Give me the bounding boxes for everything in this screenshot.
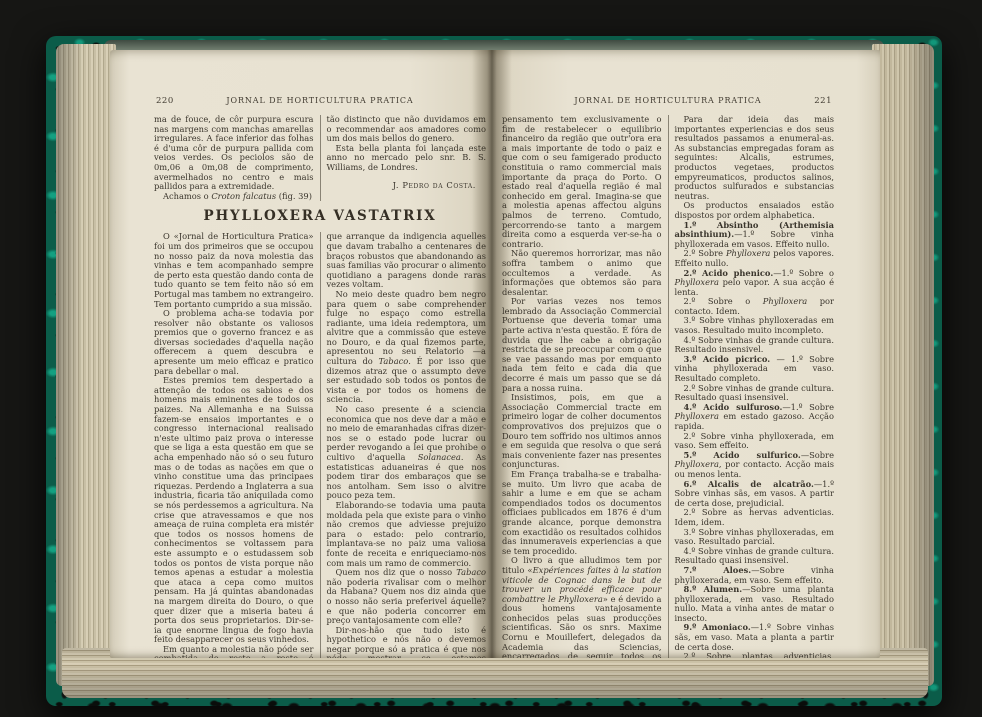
right-page-number: 221 xyxy=(814,96,832,106)
paragraph: Estes premios tem despertado a attenção … xyxy=(154,376,314,645)
right-column-1: pensamento tem exclusivamente o fim de r… xyxy=(502,115,668,658)
left-page-article-section: O «Jornal de Horticultura Pratica» foi u… xyxy=(154,232,486,658)
paragraph: Insistimos, pois, em que a Associação Co… xyxy=(502,393,662,470)
paragraph: 2.º Sobre Phylloxera pelos vapores. Effe… xyxy=(675,249,835,268)
page-stack-left-edge xyxy=(56,44,116,686)
page-right-221: JORNAL DE HORTICULTURA PRATICA 221 pensa… xyxy=(492,50,880,658)
right-column-2: Para dar ideia das mais importantes expe… xyxy=(668,115,835,658)
left-article-column-2: que arranque da indigencia aquelles que … xyxy=(320,232,487,658)
paragraph: 6.º Alcalis de alcatrão.—1.º Sobre vinha… xyxy=(675,480,835,509)
paragraph: O livro a que alludimos tem por titulo «… xyxy=(502,556,662,658)
paragraph: 2.º Sobre plantas adventicias, Idem. xyxy=(675,652,835,658)
journal-title-left: JORNAL DE HORTICULTURA PRATICA xyxy=(226,96,413,105)
paragraph: O «Jornal de Horticultura Pratica» foi u… xyxy=(154,232,314,309)
left-article-column-1: O «Jornal de Horticultura Pratica» foi u… xyxy=(154,232,320,658)
paragraph: 2.º Sobre as hervas adventicias. Idem, i… xyxy=(675,508,835,527)
page-left-220: 220 JORNAL DE HORTICULTURA PRATICA ma de… xyxy=(110,50,492,658)
paragraph: ma de fouce, de côr purpura escura nas m… xyxy=(154,115,314,192)
paragraph: Achamos o Croton falcatus (fig. 39) xyxy=(154,192,314,202)
right-page-section: pensamento tem exclusivamente o fim de r… xyxy=(502,115,834,658)
paragraph: 7.º Aloes.—Sobre vinha phylloxerada, em … xyxy=(675,566,835,585)
paragraph: Elaborando-se todavia uma pauta moldada … xyxy=(327,501,487,568)
paragraph: Em quanto a molestia não póde ser combat… xyxy=(154,645,314,658)
paragraph: 2.º Sobre vinha phylloxerada, em vaso. S… xyxy=(675,432,835,451)
left-page-number: 220 xyxy=(156,96,174,106)
paragraph: 4.º Acido sulfuroso.—1.º Sobre Phylloxer… xyxy=(675,403,835,432)
paragraph: Dir-nos-hão que tudo isto é hypothetico … xyxy=(327,626,487,658)
paragraph: 9.º Amoniaco.—1.º Sobre vinhas sãs, em v… xyxy=(675,623,835,652)
paragraph: 8.º Alumen.—Sobre uma planta phylloxerad… xyxy=(675,585,835,623)
paragraph: 4.º Sobre vinhas de grande cultura. Resu… xyxy=(675,547,835,566)
paragraph: Por varias vezes nos temos lembrado da A… xyxy=(502,297,662,393)
book-cover: 220 JORNAL DE HORTICULTURA PRATICA ma de… xyxy=(46,36,942,706)
paragraph: No caso presente é a sciencia economica … xyxy=(327,405,487,501)
left-page-top-section: ma de fouce, de côr purpura escura nas m… xyxy=(154,115,486,201)
paragraph: Em França trabalha-se e trabalha-se muit… xyxy=(502,470,662,556)
paragraph: Quem nos diz que o nosso Tabaco não pode… xyxy=(327,568,487,626)
paragraph: pensamento tem exclusivamente o fim de r… xyxy=(502,115,662,249)
paragraph: Para dar ideia das mais importantes expe… xyxy=(675,115,835,201)
paragraph: J. Pedro da Costa. xyxy=(327,181,487,191)
paragraph: 4.º Sobre vinhas de grande cultura. Resu… xyxy=(675,336,835,355)
page-stack-right-edge xyxy=(872,44,934,686)
paragraph: Os productos ensaiados estão dispostos p… xyxy=(675,201,835,220)
article-title: PHYLLOXERA VASTATRIX xyxy=(154,208,486,224)
paragraph: 1.º Absintho (Arthemisia absinthium).—1.… xyxy=(675,221,835,250)
left-page-header: 220 JORNAL DE HORTICULTURA PRATICA xyxy=(154,96,486,105)
paragraph: tão distincto que não duvidamos em o rec… xyxy=(327,115,487,144)
right-page-header: JORNAL DE HORTICULTURA PRATICA 221 xyxy=(502,96,834,105)
paragraph: 2.º Sobre vinhas de grande cultura. Resu… xyxy=(675,384,835,403)
left-top-column-1: ma de fouce, de côr purpura escura nas m… xyxy=(154,115,320,201)
paragraph: 2.º Acido phenico.—1.º Sobre o Phylloxer… xyxy=(675,269,835,298)
paragraph: O problema acha-se todavia por resolver … xyxy=(154,309,314,376)
left-top-column-2: tão distincto que não duvidamos em o rec… xyxy=(320,115,487,201)
paragraph: 2.º Sobre o Phylloxera por contacto. Ide… xyxy=(675,297,835,316)
paragraph: 3.º Acido picrico. — 1.º Sobre vinha phy… xyxy=(675,355,835,384)
paragraph: 5.º Acido sulfurico.—Sobre Phylloxera, p… xyxy=(675,451,835,480)
book-photo-stage: 220 JORNAL DE HORTICULTURA PRATICA ma de… xyxy=(0,0,982,717)
paragraph: 3.º Sobre vinhas phylloxeradas, em vaso.… xyxy=(675,528,835,547)
paragraph: No meio deste quadro bem negro para quem… xyxy=(327,290,487,405)
paragraph: 3.º Sobre vinhas phylloxeradas em vasos.… xyxy=(675,316,835,335)
paragraph: que arranque da indigencia aquelles que … xyxy=(327,232,487,290)
paragraph: Não queremos horrorizar, mas não soffra … xyxy=(502,249,662,297)
journal-title-right: JORNAL DE HORTICULTURA PRATICA xyxy=(574,96,761,105)
paragraph: Esta bella planta foi lançada este anno … xyxy=(327,144,487,173)
